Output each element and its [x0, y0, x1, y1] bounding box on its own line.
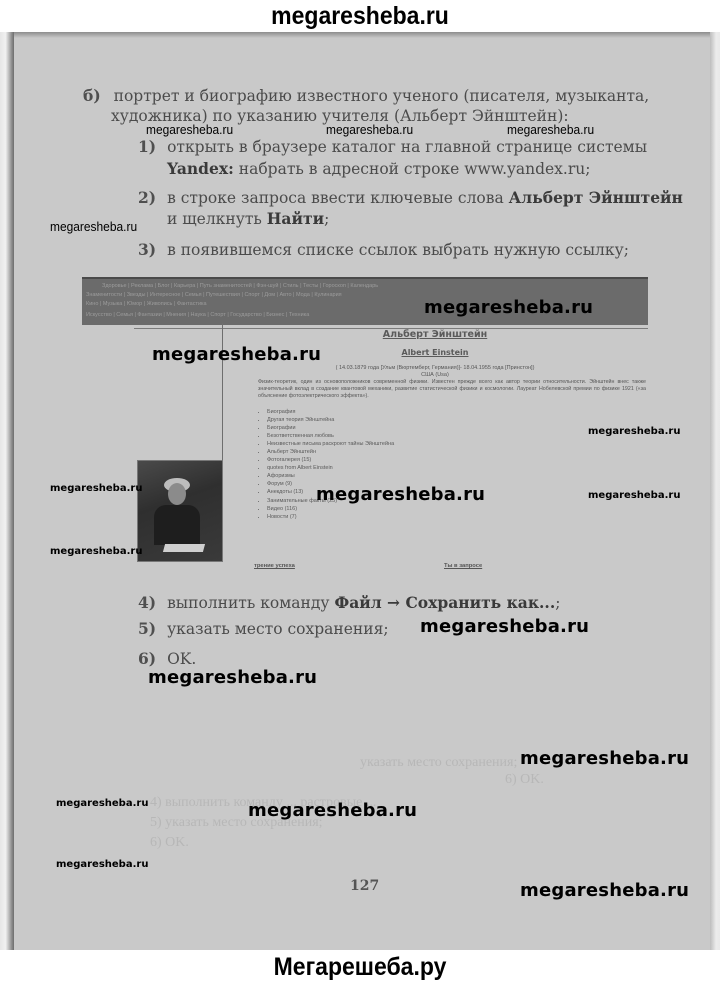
step-number: 5): [138, 619, 156, 638]
step-text: ;: [324, 210, 329, 228]
step-text: указать место сохранения;: [167, 620, 389, 638]
watermark: megaresheba.ru: [50, 483, 142, 494]
yandex-label: Yandex:: [167, 159, 234, 178]
ghost-text: 6) OK.: [505, 772, 544, 788]
step-number: 4): [138, 593, 156, 612]
step-4: 4) выполнить команду Файл → Сохранить ка…: [138, 593, 560, 612]
ghost-text: указать место сохранения;: [360, 755, 517, 771]
watermark: megaresheba.ru: [424, 297, 593, 318]
step-1: 1) открыть в браузере каталог на главной…: [138, 137, 647, 156]
task-intro: б) портрет и биографию известного ученог…: [83, 86, 649, 105]
watermark: megaresheba.ru: [316, 484, 485, 505]
footer-link-right[interactable]: Ты в запросе: [444, 563, 482, 569]
step-text: в появившемся списке ссылок выбрать нужн…: [167, 241, 629, 259]
step-2: 2) в строке запроса ввести ключевые слов…: [138, 188, 683, 207]
step-number: 3): [138, 240, 156, 259]
watermark: megaresheba.ru: [56, 859, 148, 870]
step-text: ;: [555, 594, 560, 612]
step-number: 2): [138, 188, 156, 207]
article-description: Физик-теоретик, один из основоположников…: [258, 379, 646, 400]
find-label: Найти: [267, 209, 324, 228]
step-text: открыть в браузере каталог на главной ст…: [167, 138, 647, 156]
page-left-edge: [0, 32, 14, 950]
country: США (Usa): [222, 372, 648, 379]
article-link-item[interactable]: Биографии: [267, 424, 394, 432]
article-link-item[interactable]: Афоризмы: [267, 472, 394, 480]
watermark: megaresheba.ru: [520, 880, 689, 901]
nav-row: Искусство | Семья | Фантазии | Мнения | …: [86, 312, 309, 318]
article-dates: ( 14.03.1879 года [Ульм (Вюртемберг, Гер…: [222, 365, 648, 379]
step-number: 1): [138, 137, 156, 156]
step-6: 6) OK.: [138, 649, 196, 668]
nav-row: Знаменитости | Звезды | Интересное | Сем…: [86, 292, 342, 298]
watermark: megaresheba.ru: [50, 546, 142, 557]
article-link-item[interactable]: Биография: [267, 408, 394, 416]
watermark: megaresheba.ru: [148, 667, 317, 688]
watermark: megaresheba.ru: [588, 426, 680, 437]
article-title: Альберт Эйнштейн: [222, 329, 648, 340]
watermark: megaresheba.ru: [152, 344, 321, 365]
page-top-shadow: [14, 32, 710, 38]
step-text: в строке запроса ввести ключевые слова: [167, 189, 509, 207]
step-3: 3) в появившемся списке ссылок выбрать н…: [138, 240, 629, 259]
ghost-text: 6) OK.: [150, 835, 189, 851]
site-header-watermark: megaresheba.ru: [29, 0, 691, 32]
watermark: megaresheba.ru: [520, 748, 689, 769]
watermark: megaresheba.ru: [507, 122, 594, 137]
step-text: OK.: [167, 650, 196, 668]
step-5: 5) указать место сохранения;: [138, 619, 389, 638]
article-link-item[interactable]: Новости (7): [267, 513, 394, 521]
intro-line-1: портрет и биографию известного ученого (…: [114, 87, 650, 105]
article-link-item[interactable]: Альберт Эйнштейн: [267, 448, 394, 456]
article-link-item[interactable]: quotes from Albert Einstein: [267, 464, 394, 472]
step-text: выполнить команду: [167, 594, 334, 612]
watermark: megaresheba.ru: [146, 122, 233, 137]
watermark: megaresheba.ru: [326, 122, 413, 137]
footer-link-left[interactable]: трение успеха: [254, 563, 295, 569]
article-link-item[interactable]: Неизвестные письма раскроют тайны Эйнште…: [267, 440, 394, 448]
keywords-label: Альберт Эйнштейн: [509, 188, 683, 207]
step-number: 6): [138, 649, 156, 668]
page-number: 127: [350, 878, 379, 894]
article-link-item[interactable]: Безответственная любовь: [267, 432, 394, 440]
step-text: и щелкнуть: [167, 210, 267, 228]
life-dates: ( 14.03.1879 года [Ульм (Вюртемберг, Гер…: [222, 365, 648, 372]
step-text: набрать в адресной строке www.yandex.ru;: [234, 160, 591, 178]
watermark: megaresheba.ru: [56, 798, 148, 809]
step-2-line-2: и щелкнуть Найти;: [167, 209, 329, 228]
menu-command: Файл → Сохранить как...: [334, 593, 555, 612]
watermark: megaresheba.ru: [588, 490, 680, 501]
step-1-line-2: Yandex: набрать в адресной строке www.ya…: [167, 159, 590, 178]
page-right-edge: [710, 32, 720, 950]
site-footer-watermark: Мегарешеба.ру: [29, 950, 691, 984]
web-page-screenshot: Здоровье | Реклама | Блог | Карьера | Пу…: [82, 277, 648, 577]
watermark: megaresheba.ru: [420, 616, 589, 637]
article-link-item[interactable]: Фотогалерея (15): [267, 456, 394, 464]
nav-row: Кино | Музыка | Юмор | Живопись | Фантас…: [86, 301, 207, 307]
article-link-item[interactable]: Видео (116): [267, 505, 394, 513]
task-marker: б): [83, 86, 101, 105]
watermark: megaresheba.ru: [50, 219, 137, 234]
nav-row: Здоровье | Реклама | Блог | Карьера | Пу…: [102, 283, 378, 289]
einstein-photo: [137, 460, 223, 562]
watermark: megaresheba.ru: [248, 800, 417, 821]
article-link-item[interactable]: Другая теория Эйнштейна: [267, 416, 394, 424]
